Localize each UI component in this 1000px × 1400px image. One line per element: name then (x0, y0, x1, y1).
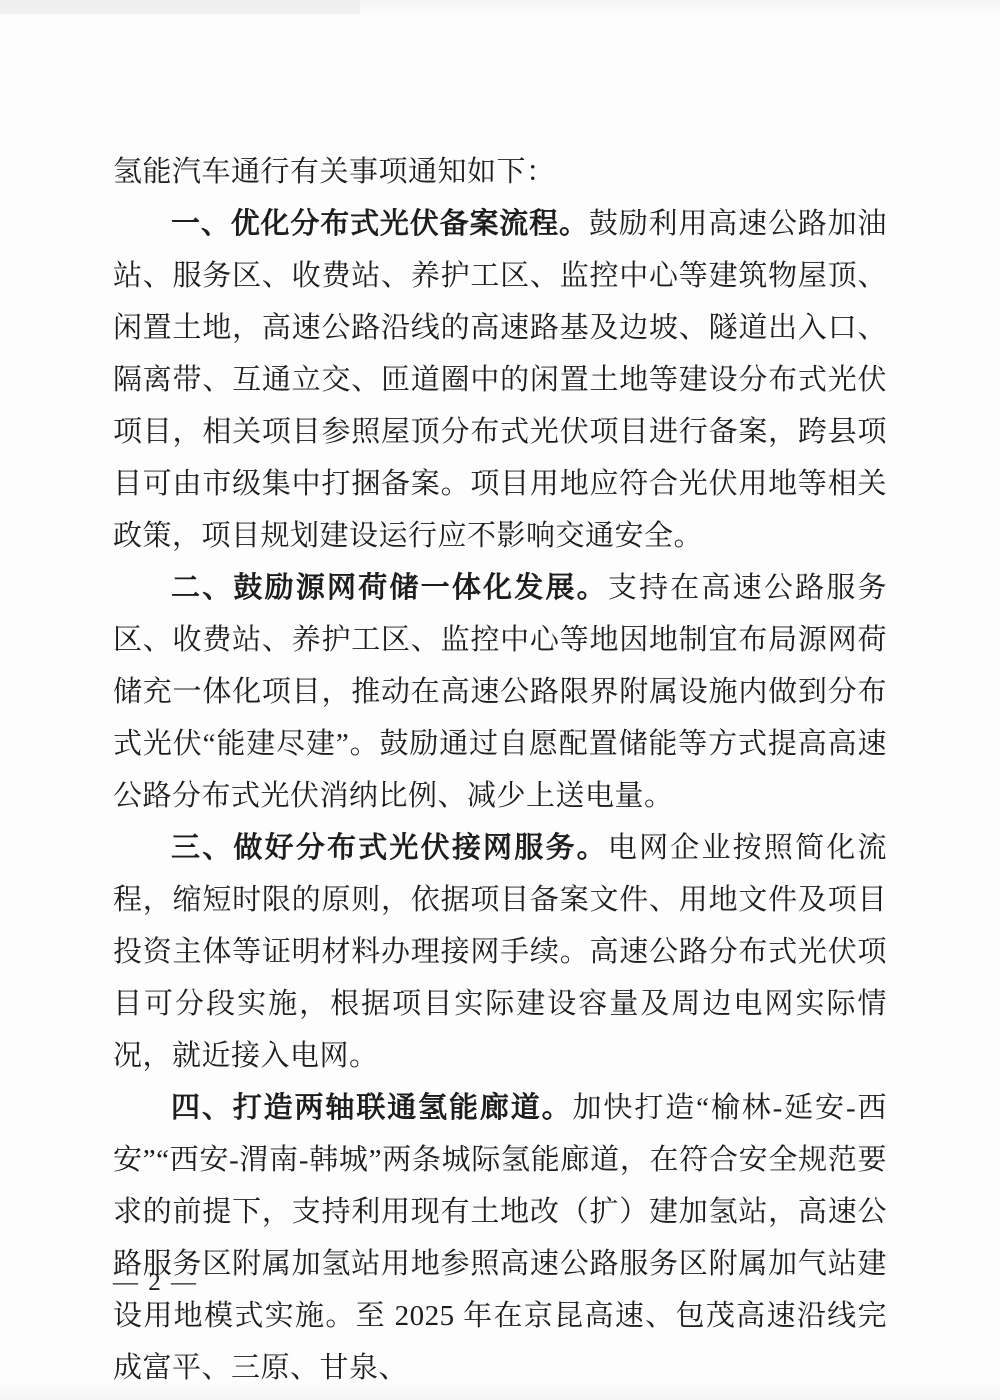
section-2-body: 支持在高速公路服务区、收费站、养护工区、监控中心等地因地制宜布局源网荷储充一体化… (113, 572, 887, 812)
paragraph-section-3: 三、做好分布式光伏接网服务。电网企业按照简化流程，缩短时限的原则，依据项目备案文… (113, 822, 887, 1082)
section-4-heading: 四、打造两轴联通氢能廊道。 (171, 1092, 573, 1124)
intro-text: 氢能汽车通行有关事项通知如下： (113, 156, 556, 188)
section-3-heading: 三、做好分布式光伏接网服务。 (171, 832, 608, 864)
document-page: 氢能汽车通行有关事项通知如下： 一、优化分布式光伏备案流程。鼓励利用高速公路加油… (0, 0, 1000, 1400)
section-4-body: 加快打造“榆林-延安-西安”“西安-渭南-韩城”两条城际氢能廊道，在符合安全规范… (113, 1092, 887, 1384)
paragraph-section-1: 一、优化分布式光伏备案流程。鼓励利用高速公路加油站、服务区、收费站、养护工区、监… (113, 198, 887, 562)
paragraph-section-4: 四、打造两轴联通氢能廊道。加快打造“榆林-延安-西安”“西安-渭南-韩城”两条城… (113, 1082, 887, 1394)
paragraph-intro: 氢能汽车通行有关事项通知如下： (113, 146, 887, 198)
section-1-heading: 一、优化分布式光伏备案流程。 (171, 208, 589, 240)
document-body: 氢能汽车通行有关事项通知如下： 一、优化分布式光伏备案流程。鼓励利用高速公路加油… (113, 146, 887, 1394)
paragraph-section-2: 二、鼓励源网荷储一体化发展。支持在高速公路服务区、收费站、养护工区、监控中心等地… (113, 562, 887, 822)
section-1-body: 鼓励利用高速公路加油站、服务区、收费站、养护工区、监控中心等建筑物屋顶、闲置土地… (113, 208, 887, 552)
page-number: — 2 — (113, 1268, 198, 1298)
section-3-body: 电网企业按照简化流程，缩短时限的原则，依据项目备案文件、用地文件及项目投资主体等… (113, 832, 887, 1072)
section-2-heading: 二、鼓励源网荷储一体化发展。 (171, 572, 608, 604)
